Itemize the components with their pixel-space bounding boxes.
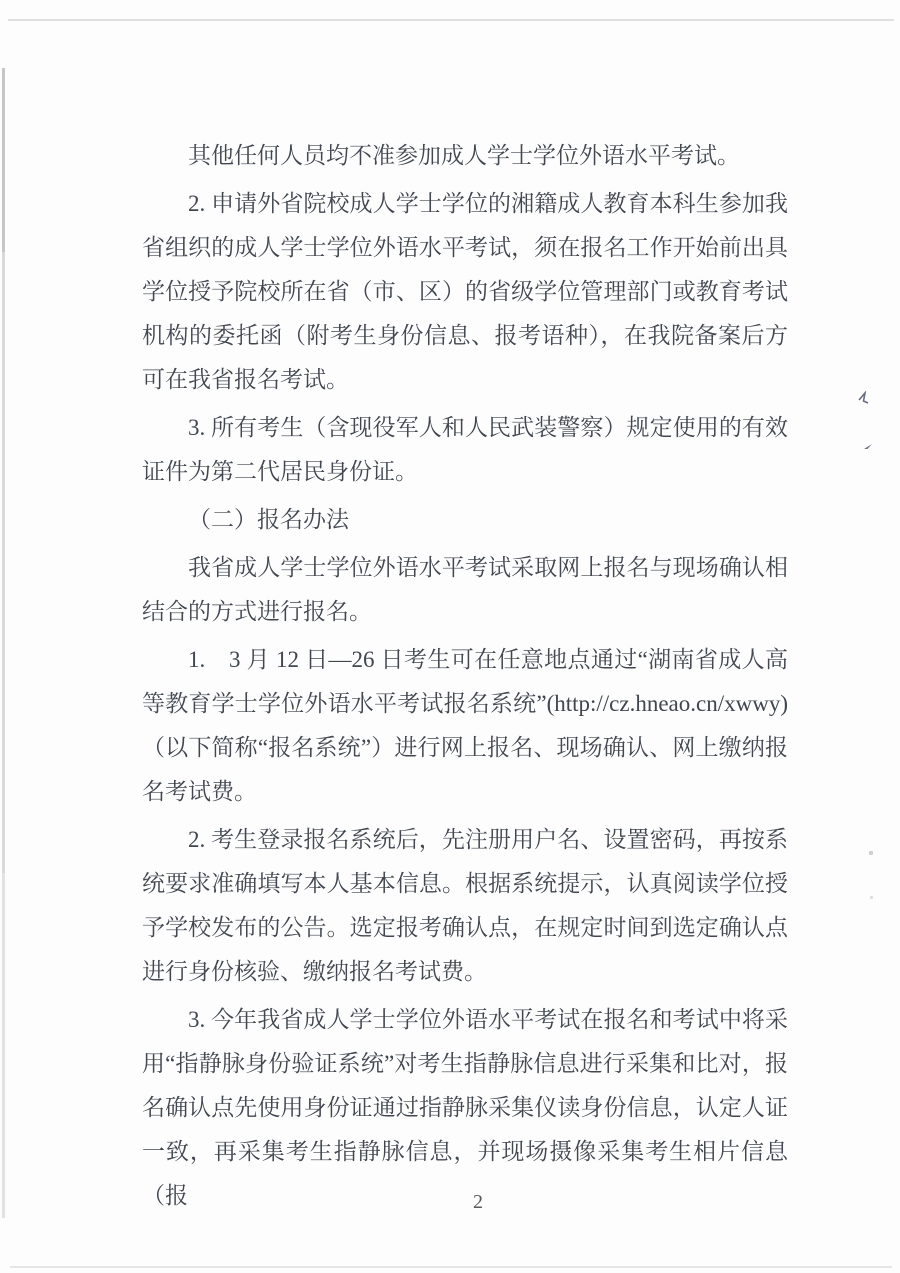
scan-edge-bottom: [10, 1266, 892, 1268]
ink-mark-icon: [857, 391, 871, 411]
paragraph: 3. 今年我省成人学士学位外语水平考试在报名和考试中将采用“指静脉身份验证系统”…: [142, 998, 788, 1218]
paragraph: 其他任何人员均不准参加成人学士学位外语水平考试。: [142, 134, 788, 178]
scan-edge-top: [8, 19, 894, 21]
scan-edge-left: [2, 68, 5, 1218]
page-number: 2: [142, 1190, 814, 1214]
paragraph: 2. 申请外省院校成人学士学位的湘籍成人教育本科生参加我省组织的成人学士学位外语…: [142, 182, 788, 402]
ink-mark-icon: [863, 438, 874, 456]
document-body: 其他任何人员均不准参加成人学士学位外语水平考试。 2. 申请外省院校成人学士学位…: [142, 134, 788, 1218]
section-heading: （二）报名办法: [142, 498, 788, 542]
scan-speck: [870, 896, 873, 899]
paragraph: 我省成人学士学位外语水平考试采取网上报名与现场确认相结合的方式进行报名。: [142, 546, 788, 634]
paragraph: 3. 所有考生（含现役军人和人民武装警察）规定使用的有效证件为第二代居民身份证。: [142, 406, 788, 494]
scan-speck: [869, 851, 873, 855]
paragraph: 2. 考生登录报名系统后，先注册用户名、设置密码，再按系统要求准确填写本人基本信…: [142, 818, 788, 994]
paragraph: 1. 3 月 12 日—26 日考生可在任意地点通过“湖南省成人高等教育学士学位…: [142, 638, 788, 814]
document-page: 其他任何人员均不准参加成人学士学位外语水平考试。 2. 申请外省院校成人学士学位…: [0, 0, 900, 1273]
